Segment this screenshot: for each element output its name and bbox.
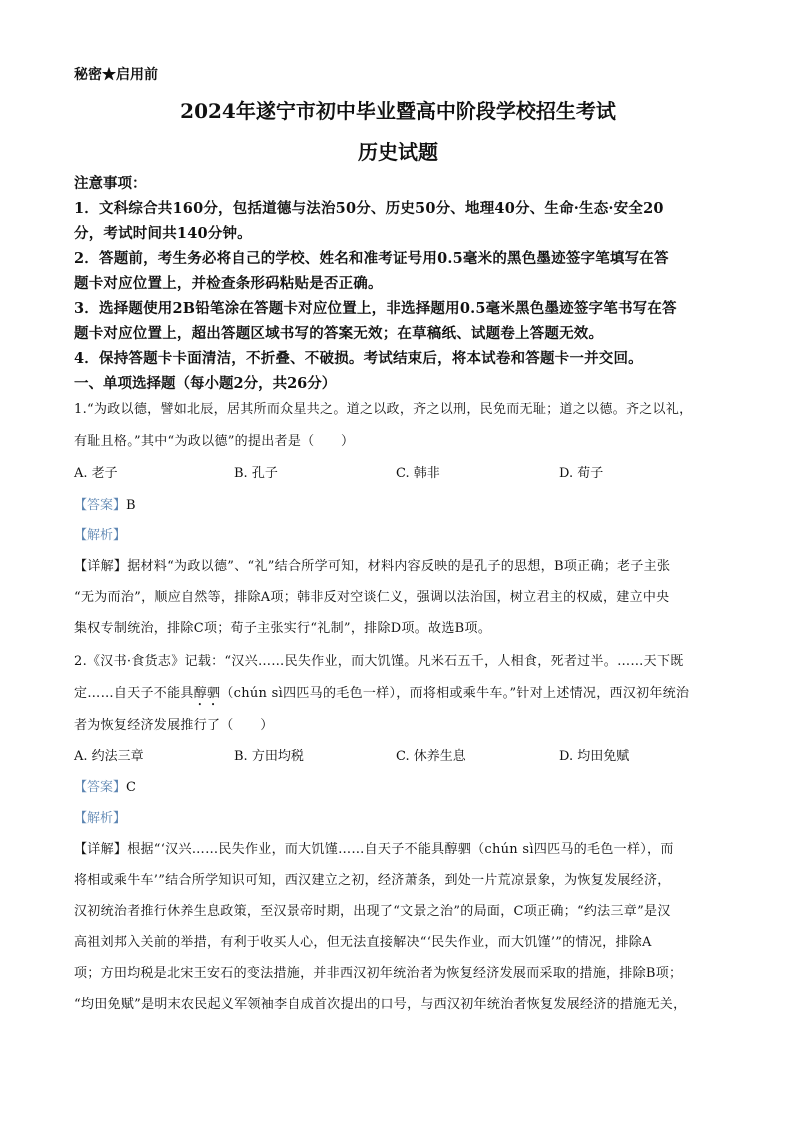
- question-2-detail-line: 汉初统治者推行休养生息政策，至汉景帝时期，出现了“文景之治”的局面，C项正确；“…: [74, 900, 671, 919]
- question-2-analysis-label: 【解析】: [74, 807, 126, 826]
- answer-label: 【答案】: [74, 498, 126, 513]
- question-1-option-c: C. 韩非: [396, 462, 440, 481]
- question-1-stem-line: 有耻且格。”其中“为政以德”的提出者是（ ）: [74, 430, 354, 449]
- answer-label: 【答案】: [74, 780, 126, 795]
- answer-value: B: [126, 498, 136, 513]
- notice-line: 2．答题前，考生务必将自己的学校、姓名和准考证号用0.5毫米的黑色墨迹签字笔填写…: [74, 247, 669, 268]
- notice-line: 分，考试时间共140分钟。: [74, 222, 252, 243]
- question-1-detail-line: “无为而治”，顺应自然等，排除A项；韩非反对空谈仁义，强调以法治国，树立君主的权…: [74, 586, 669, 605]
- notice-line: 题卡对应位置上，并检查条形码粘贴是否正确。: [74, 272, 383, 293]
- question-1-detail-line: 【详解】据材料“为政以德”、“礼”结合所学可知，材料内容反映的是孔子的思想，B项…: [74, 555, 670, 574]
- question-2-stem-line: 者为恢复经济发展推行了（ ）: [74, 714, 274, 733]
- question-1-option-b: B. 孔子: [234, 462, 278, 481]
- section-title: 一、单项选择题（每小题2分，共26分）: [74, 372, 336, 393]
- notice-heading: 注意事项：: [74, 172, 147, 193]
- question-1-option-a: A. 老子: [74, 462, 118, 481]
- question-2-stem-line: 2.《汉书·食货志》记载：“汉兴……民失作业，而大饥馑。凡米石五千，人相食，死者…: [74, 650, 684, 669]
- question-1-answer: 【答案】B: [74, 494, 136, 513]
- answer-value: C: [126, 780, 136, 795]
- question-2-option-c: C. 休养生息: [396, 745, 466, 764]
- notice-line: 1．文科综合共160分，包括道德与法治50分、历史50分、地理40分、生命·生态…: [74, 197, 664, 218]
- question-1-detail-line: 集权专制统治，排除C项；荀子主张实行“礼制”，排除D项。故选B项。: [74, 617, 491, 636]
- question-1-stem-line: 1.“为政以德，譬如北辰，居其所而众星共之。道之以政，齐之以刑，民免而无耻；道之…: [74, 398, 692, 417]
- question-2-answer: 【答案】C: [74, 776, 136, 795]
- notice-line: 3．选择题使用2B铅笔涂在答题卡对应位置上，非选择题用0.5毫米黑色墨迹签字笔书…: [74, 297, 677, 318]
- detail-label: 【详解】: [74, 559, 127, 574]
- question-2-option-a: A. 约法三章: [74, 745, 144, 764]
- question-2-detail-line: 将相或乘牛车’”结合所学知识可知，西汉建立之初，经济萧条，到处一片荒凉景象，为恢…: [74, 869, 671, 888]
- exam-title: 2024年遂宁市初中毕业暨高中阶段学校招生考试: [74, 95, 722, 124]
- question-1-analysis-label: 【解析】: [74, 524, 126, 543]
- notice-line: 题卡对应位置上，超出答题区域书写的答案无效；在草稿纸、试题卷上答题无效。: [74, 322, 603, 343]
- question-2-option-d: D. 均田免赋: [559, 745, 629, 764]
- detail-label: 【详解】: [74, 842, 127, 857]
- question-2-stem-line: 定……自天子不能具醇驷（chún sì四匹马的毛色一样），而将相或乘牛车。”针对…: [74, 682, 689, 709]
- exam-subtitle: 历史试题: [74, 136, 722, 165]
- question-1-option-d: D. 荀子: [559, 462, 603, 481]
- notice-line: 4．保持答题卡卡面清洁，不折叠、不破损。考试结束后，将本试卷和答题卡一并交回。: [74, 347, 643, 368]
- question-2-detail-line: 高祖刘邦入关前的举措，有利于收买人心，但无法直接解决“‘民失作业，而大饥馑’”的…: [74, 931, 652, 950]
- question-2-detail-line: “均田免赋”是明末农民起义军领袖李自成首次提出的口号，与西汉初年统治者恢复发展经…: [74, 993, 686, 1012]
- confidential-mark: 秘密★启用前: [74, 64, 158, 84]
- question-2-detail-line: 项；方田均税是北宋王安石的变法措施，并非西汉初年统治者为恢复经济发展而采取的措施…: [74, 962, 682, 981]
- question-2-option-b: B. 方田均税: [234, 745, 304, 764]
- question-2-detail-line: 【详解】根据“‘汉兴……民失作业，而大饥馑……自天子不能具醇驷（chún sì四…: [74, 838, 674, 857]
- emphasized-word: 醇驷: [194, 686, 221, 701]
